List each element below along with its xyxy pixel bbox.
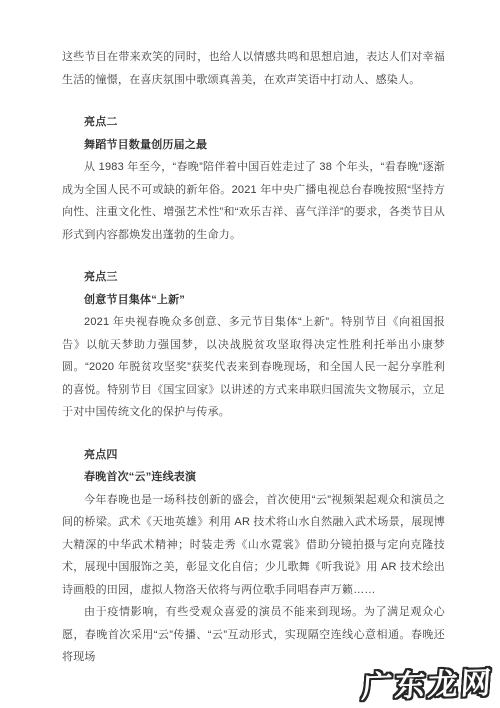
section-heading-three: 亮点三 (62, 266, 445, 289)
section-heading-two: 亮点二 (62, 111, 445, 134)
section-three-paragraph: 2021 年央视春晚众多创意、多元节目集体“上新”。特别节目《向祖国报告》以航天… (62, 311, 445, 424)
section-two-paragraph: 从 1983 年至今，“春晚”陪伴着中国百姓走过了 38 个年头，“看春晚”逐渐… (62, 156, 445, 246)
article-page: 这些节目在带来欢笑的同时，也给人以情感共鸣和思想启迪，表达人们对幸福生活的憧憬，… (0, 0, 500, 708)
section-highlight-four: 亮点四 春晚首次“云”连线表演 今年春晚也是一场科技创新的盛会，首次使用“云”视… (62, 444, 445, 669)
section-highlight-three: 亮点三 创意节目集体“上新” 2021 年央视春晚众多创意、多元节目集体“上新”… (62, 266, 445, 424)
section-subheading-three: 创意节目集体“上新” (62, 289, 445, 312)
section-four-paragraph-2: 由于疫情影响，有些受观众喜爱的演员不能来到现场。为了满足观众心愿，春晚首次采用“… (62, 601, 445, 669)
section-highlight-two: 亮点二 舞蹈节目数量创历届之最 从 1983 年至今，“春晚”陪伴着中国百姓走过… (62, 111, 445, 246)
section-subheading-four: 春晚首次“云”连线表演 (62, 466, 445, 489)
section-four-paragraph-1: 今年春晚也是一场科技创新的盛会，首次使用“云”视频架起观众和演员之间的桥梁。武术… (62, 489, 445, 602)
section-subheading-two: 舞蹈节目数量创历届之最 (62, 134, 445, 157)
section-heading-four: 亮点四 (62, 444, 445, 467)
intro-paragraph: 这些节目在带来欢笑的同时，也给人以情感共鸣和思想启迪，表达人们对幸福生活的憧憬，… (62, 46, 445, 91)
watermark-logo: 广东龙网 (360, 658, 495, 707)
